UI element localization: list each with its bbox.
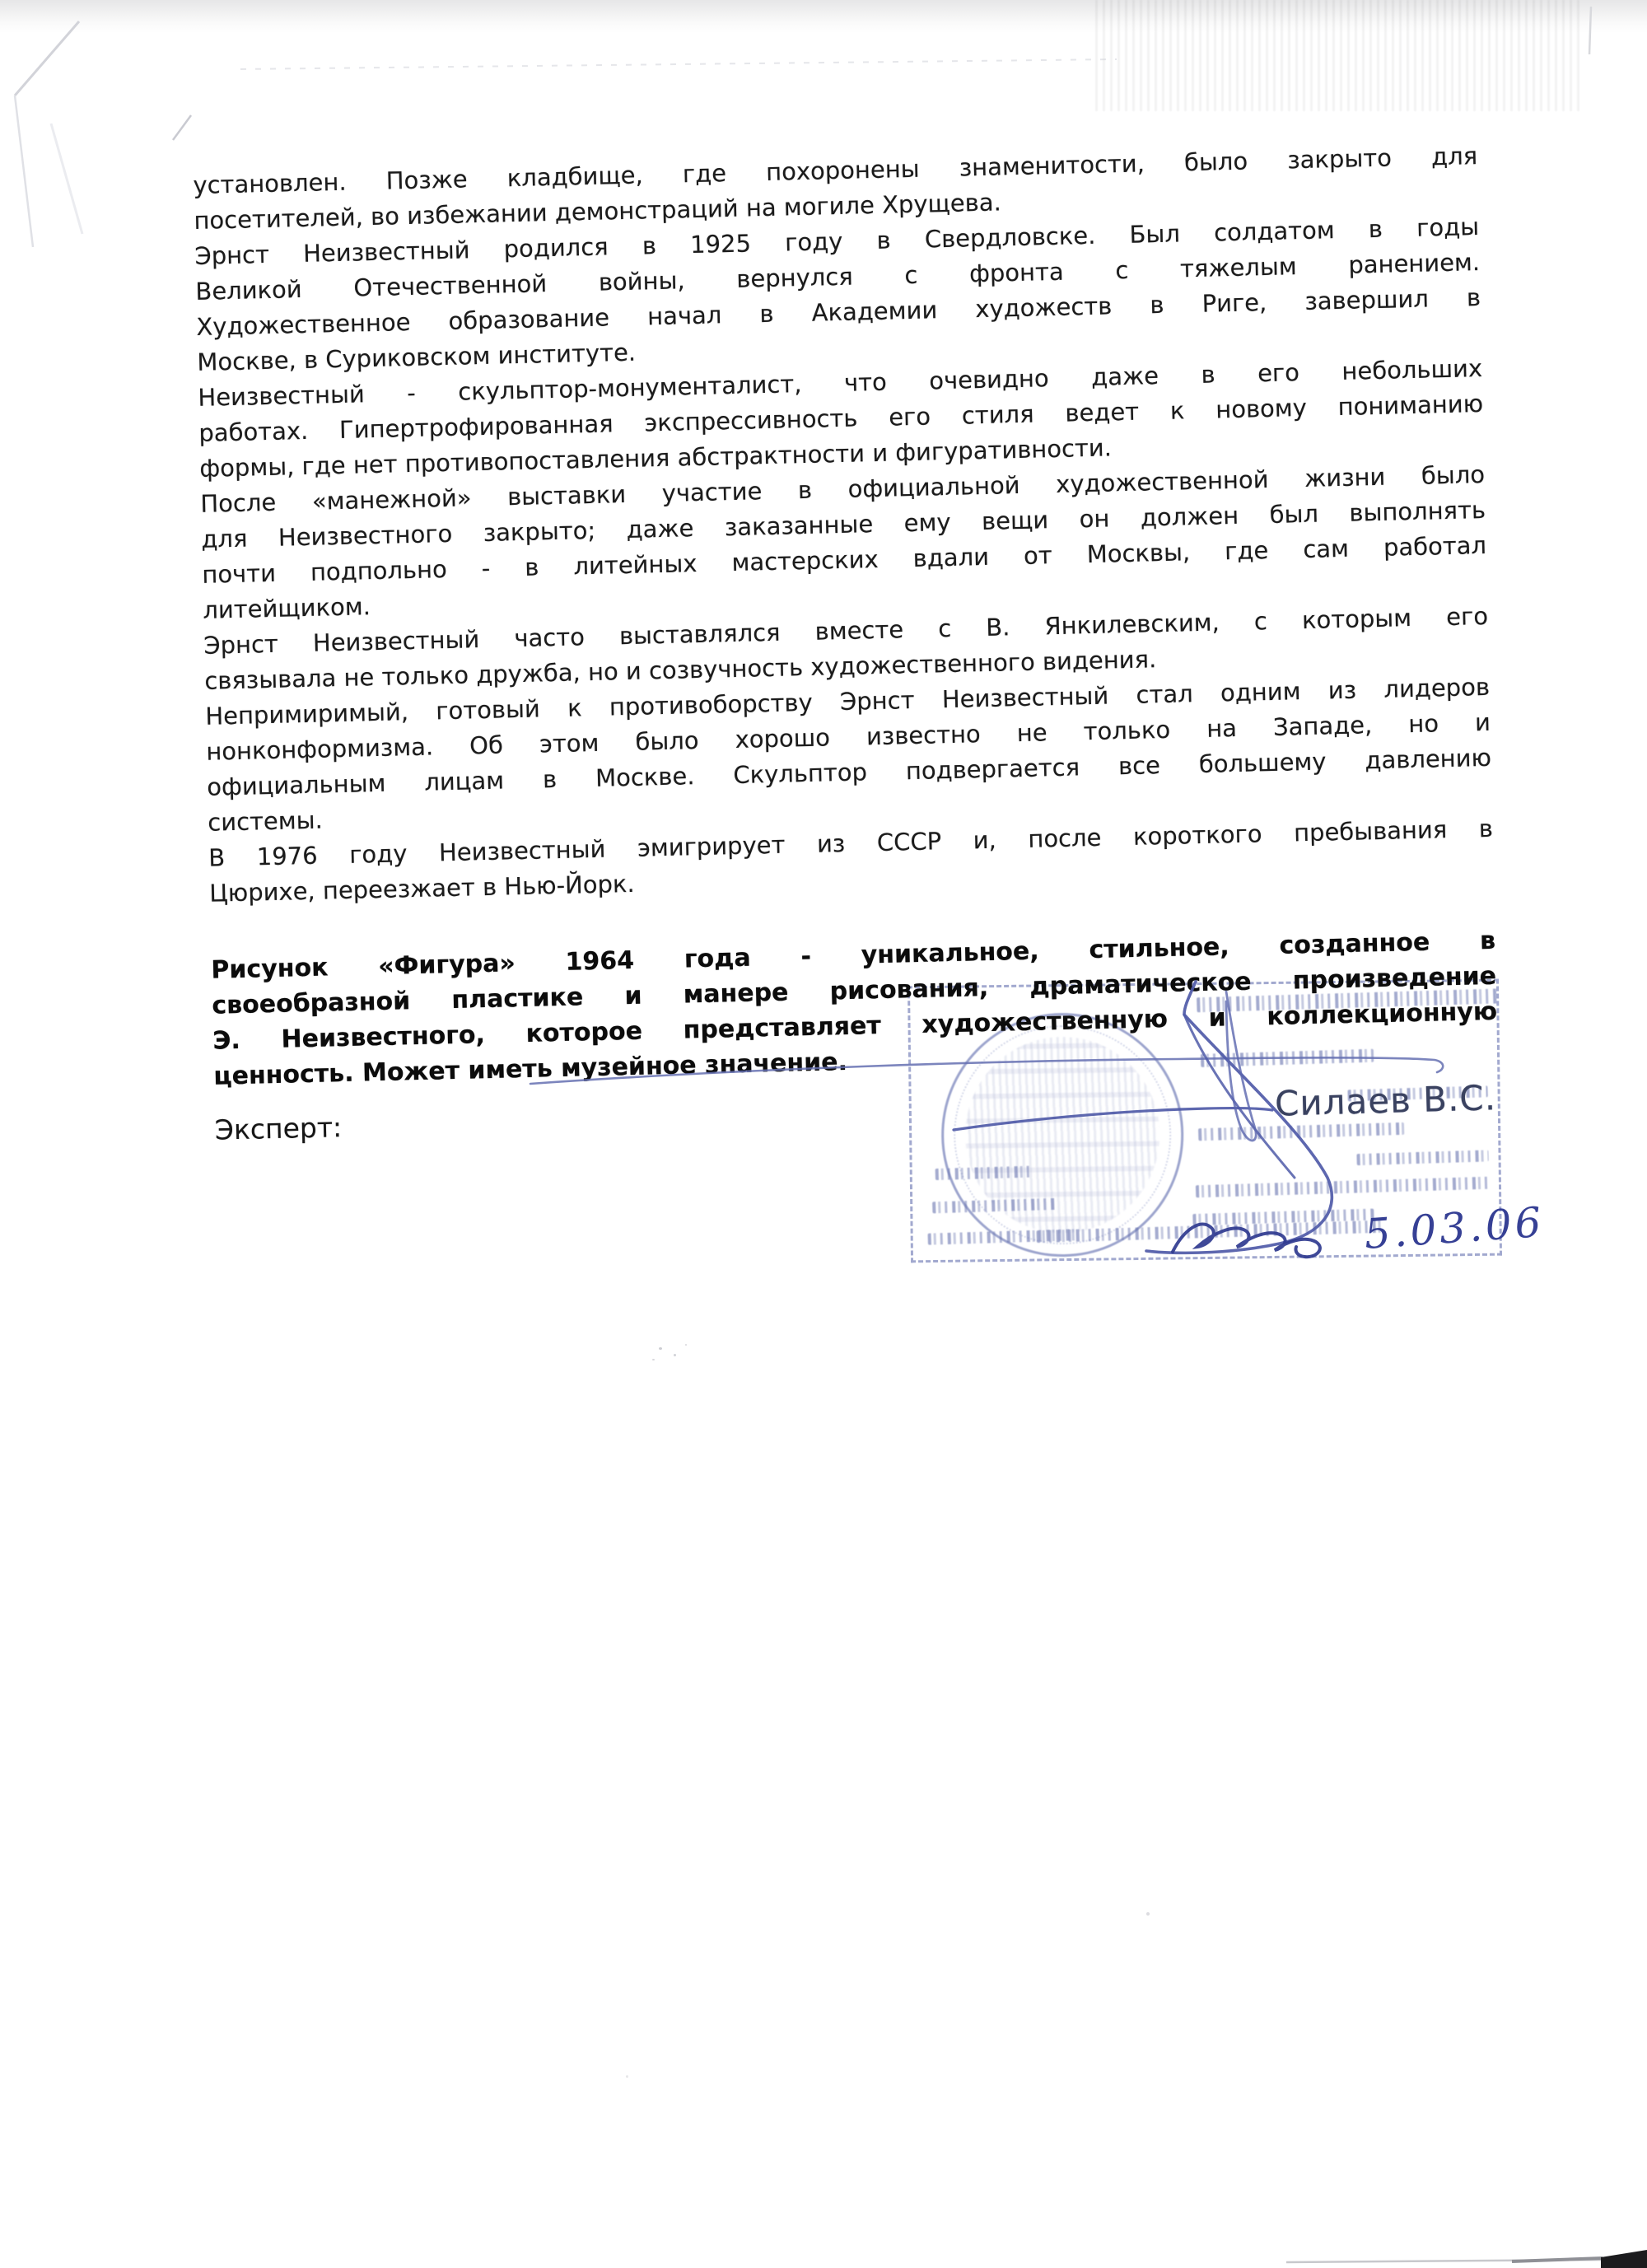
signature-stroke <box>1184 1015 1295 1178</box>
signature-stroke <box>530 1057 1443 1084</box>
handwritten-date: 5.03.06 <box>1363 1198 1546 1258</box>
signature-stroke <box>1146 982 1332 1253</box>
signature-ink: 5.03.06 <box>0 0 1647 2268</box>
signature-stroke <box>1226 992 1256 1141</box>
signature-stroke <box>954 1108 1272 1130</box>
document-page: установлен. Позже кладбище, где похороне… <box>0 0 1647 2268</box>
